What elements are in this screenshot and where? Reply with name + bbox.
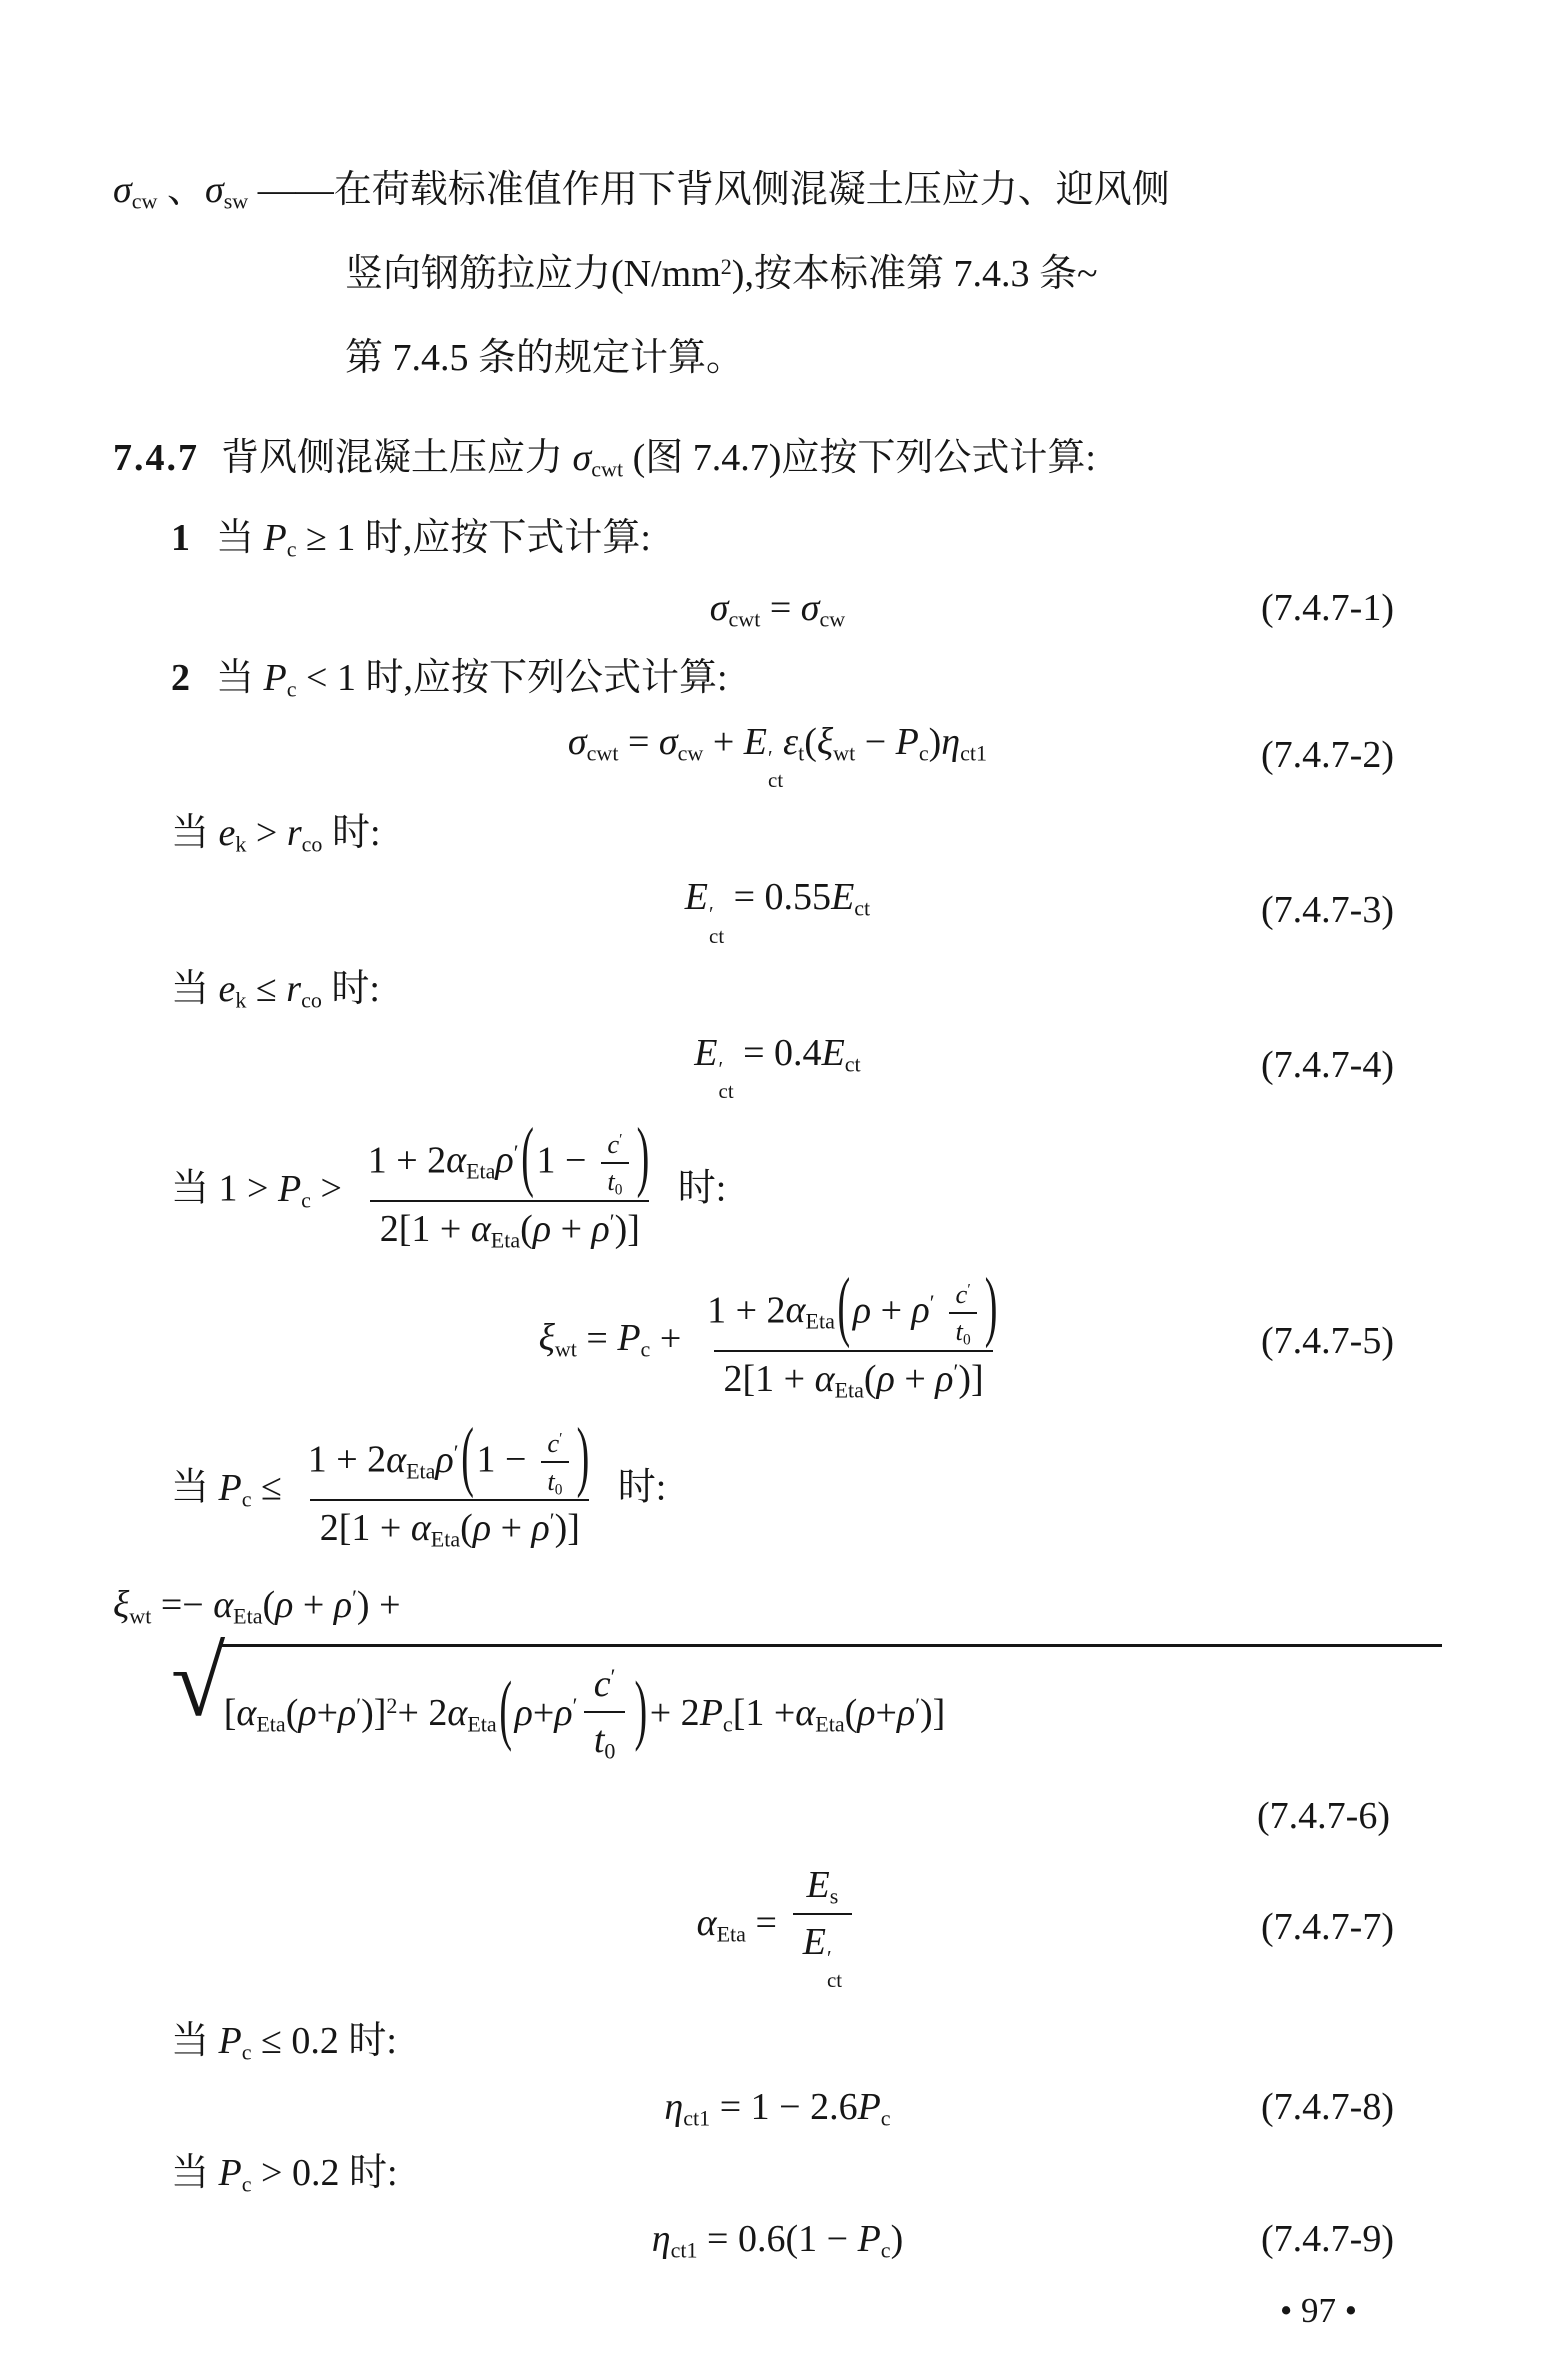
condition-pc-gt-02: 当 Pc > 0.2 时: xyxy=(171,2148,1442,2198)
equation-7-4-7-9-body: ηct1 = 0.6(1 − Pc) xyxy=(652,2214,903,2264)
definition-line-3: 第 7.4.5 条的规定计算。 xyxy=(345,333,1442,383)
equation-7-4-7-6-label-row: (7.4.7-6) xyxy=(113,1791,1442,1841)
equation-7-4-7-8: ηct1 = 1 − 2.6Pc (7.4.7-8) xyxy=(113,2082,1442,2132)
list-item-1-text: 当 Pc ≥ 1 时,应按下式计算: xyxy=(216,517,651,559)
condition-pc-le-02: 当 Pc ≤ 0.2 时: xyxy=(171,2016,1442,2066)
equation-7-4-7-6-line1: ξwt =− αEta(ρ + ρ′) + xyxy=(113,1580,1442,1630)
equation-7-4-7-4-body: E′ct = 0.4Ect xyxy=(694,1028,860,1103)
equation-7-4-7-5-label: (7.4.7-5) xyxy=(1261,1316,1394,1366)
equation-7-4-7-2-label: (7.4.7-2) xyxy=(1261,730,1394,780)
equation-7-4-7-1-body: σcwt = σcw xyxy=(710,583,845,633)
equation-7-4-7-4: E′ct = 0.4Ect (7.4.7-4) xyxy=(113,1028,1442,1103)
equation-7-4-7-7: αEta = EsE′ct (7.4.7-7) xyxy=(113,1861,1442,1992)
list-item-2: 2当 Pc < 1 时,应按下列公式计算: xyxy=(171,653,1442,703)
condition-ek-le-rco: 当 ek ≤ rco 时: xyxy=(171,964,1442,1014)
equation-7-4-7-7-body: αEta = EsE′ct xyxy=(697,1861,859,1992)
equation-7-4-7-3-label: (7.4.7-3) xyxy=(1261,885,1394,935)
equation-7-4-7-3: E′ct = 0.55Ect (7.4.7-3) xyxy=(113,872,1442,947)
equation-7-4-7-9: ηct1 = 0.6(1 − Pc) (7.4.7-9) xyxy=(113,2214,1442,2264)
equation-7-4-7-5-body: ξwt = Pc + 1 + 2αEta(ρ + ρ′ c′t0)2[1 + α… xyxy=(539,1279,1017,1405)
condition-pc-le-frac: 当 Pc ≤ 1 + 2αEtaρ′(1 − c′t0)2[1 + αEta(ρ… xyxy=(171,1428,1442,1554)
equation-7-4-7-6-sqrt: √[αEta(ρ + ρ′)]2 + 2αEta(ρ + ρ′ c′t0)+ 2… xyxy=(171,1644,1442,1766)
clause-title: 背风侧混凝土压应力 σcwt (图 7.4.7)应按下列公式计算: xyxy=(221,437,1096,479)
list-item-2-text: 当 Pc < 1 时,应按下列公式计算: xyxy=(216,657,728,699)
list-item-2-number: 2 xyxy=(171,657,190,699)
document-page: σcw 、σsw ——在荷载标准值作用下背风侧混凝土压应力、迎风侧 竖向钢筋拉应… xyxy=(0,0,1542,2371)
equation-7-4-7-1: σcwt = σcw (7.4.7-1) xyxy=(113,583,1442,633)
equation-7-4-7-2: σcwt = σcw + E′ctεt(ξwt − Pc)ηct1 (7.4.7… xyxy=(113,717,1442,792)
clause-7-4-7: 7.4.7背风侧混凝土压应力 σcwt (图 7.4.7)应按下列公式计算: xyxy=(113,433,1442,483)
equation-7-4-7-7-label: (7.4.7-7) xyxy=(1261,1902,1394,1952)
equation-7-4-7-2-body: σcwt = σcw + E′ctεt(ξwt − Pc)ηct1 xyxy=(568,717,987,792)
equation-7-4-7-3-body: E′ct = 0.55Ect xyxy=(685,872,870,947)
definition-line-1: σcw 、σsw ——在荷载标准值作用下背风侧混凝土压应力、迎风侧 xyxy=(113,165,1442,215)
book-page-97: { "page": { "footer": "• 97 •" }, "defin… xyxy=(0,0,1542,2371)
equation-7-4-7-1-label: (7.4.7-1) xyxy=(1261,583,1394,633)
page-number: • 97 • xyxy=(113,2286,1442,2336)
definition-line-2: 竖向钢筋拉应力(N/mm2),按本标准第 7.4.3 条~ xyxy=(345,249,1442,299)
clause-number: 7.4.7 xyxy=(113,437,199,479)
equation-7-4-7-5: ξwt = Pc + 1 + 2αEta(ρ + ρ′ c′t0)2[1 + α… xyxy=(113,1279,1442,1405)
list-item-1: 1当 Pc ≥ 1 时,应按下式计算: xyxy=(171,513,1442,563)
list-item-1-number: 1 xyxy=(171,517,190,559)
equation-7-4-7-6-label: (7.4.7-6) xyxy=(1257,1795,1390,1837)
equation-7-4-7-8-body: ηct1 = 1 − 2.6Pc xyxy=(664,2082,890,2132)
condition-ek-gt-rco: 当 ek > rco 时: xyxy=(171,808,1442,858)
equation-7-4-7-4-label: (7.4.7-4) xyxy=(1261,1040,1394,1090)
equation-7-4-7-8-label: (7.4.7-8) xyxy=(1261,2082,1394,2132)
equation-7-4-7-9-label: (7.4.7-9) xyxy=(1261,2214,1394,2264)
condition-pc-range: 当 1 > Pc > 1 + 2αEtaρ′(1 − c′t0)2[1 + αE… xyxy=(171,1129,1442,1255)
